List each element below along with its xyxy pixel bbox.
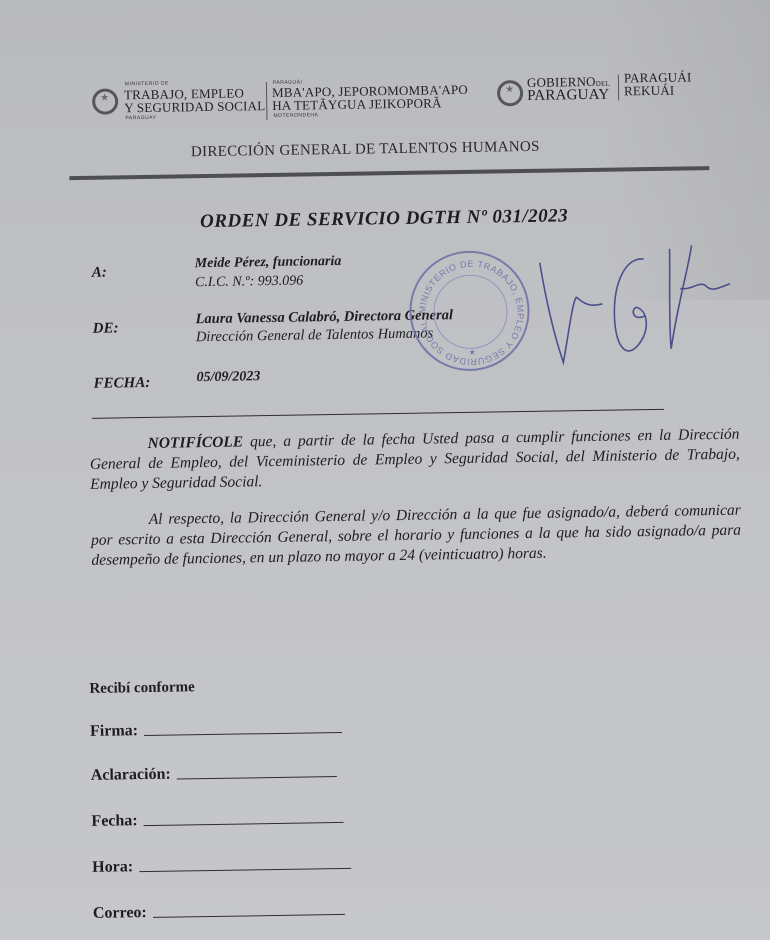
from-office: Dirección General de Talentos Humanos	[196, 325, 434, 346]
guarani-logo-small-bottom: MOTENONDEHA	[273, 112, 318, 119]
field-firma-line[interactable]	[144, 731, 342, 736]
to-name: Meide Pérez, funcionaria	[195, 254, 342, 272]
to-id: C.I.C. N.º: 993.096	[195, 273, 303, 291]
notification-paragraph: NOTIFÍCOLE que, a partir de la fecha Ust…	[89, 425, 740, 495]
field-fecha[interactable]: Fecha:	[91, 809, 343, 831]
signature	[531, 240, 743, 378]
instructions-paragraph: Al respecto, la Dirección General y/o Di…	[91, 501, 742, 571]
ministry-logo-small-bottom: PARAGUAY	[125, 115, 156, 121]
field-fecha-label: Fecha:	[91, 812, 137, 831]
field-aclaracion[interactable]: Aclaración:	[91, 763, 337, 785]
field-aclaracion-line[interactable]	[177, 776, 337, 780]
official-stamp: MINISTERIO DE TRABAJO, EMPLEO Y SEGURIDA…	[409, 250, 531, 372]
document-title: ORDEN DE SERVICIO DGTH Nº 031/2023	[200, 205, 568, 233]
field-firma-label: Firma:	[90, 722, 138, 741]
department-heading: DIRECCIÓN GENERAL DE TALENTOS HUMANOS	[191, 139, 540, 161]
field-correo-label: Correo:	[93, 904, 147, 923]
header-rule	[69, 166, 709, 180]
field-correo-line[interactable]	[153, 913, 345, 918]
ministry-emblem-icon	[92, 88, 118, 114]
receipt-title: Recibí conforme	[89, 679, 195, 698]
instructions-text: Al respecto, la Dirección General y/o Di…	[91, 502, 741, 569]
field-aclaracion-label: Aclaración:	[91, 766, 171, 785]
logo-divider	[266, 82, 268, 120]
field-hora-line[interactable]	[139, 867, 351, 872]
rekuai-logo-line2: REKUÁI	[624, 84, 675, 99]
field-firma[interactable]: Firma:	[90, 719, 342, 741]
date-label: FECHA:	[93, 375, 150, 393]
government-emblem-icon	[497, 80, 523, 106]
field-hora-label: Hora:	[92, 858, 133, 877]
from-label: DE:	[93, 320, 119, 337]
logo-divider-2	[618, 75, 619, 101]
date-value: 05/09/2023	[196, 369, 260, 386]
government-logo-line2: PARAGUAY	[527, 88, 609, 103]
ministry-logo-line2: Y SEGURIDAD SOCIAL	[124, 99, 265, 115]
field-hora[interactable]: Hora:	[92, 855, 351, 877]
to-label: A:	[92, 265, 107, 282]
document-page: MINISTERIO DE TRABAJO, EMPLEO Y SEGURIDA…	[0, 0, 770, 940]
field-correo[interactable]: Correo:	[93, 901, 345, 923]
notification-lead: NOTIFÍCOLE	[147, 433, 243, 451]
field-fecha-line[interactable]	[144, 821, 344, 826]
svg-text:★: ★	[469, 348, 476, 357]
section-rule	[92, 409, 664, 419]
guarani-logo-line2: HA TETÃYGUA JEIKOPORÃ	[272, 96, 442, 113]
